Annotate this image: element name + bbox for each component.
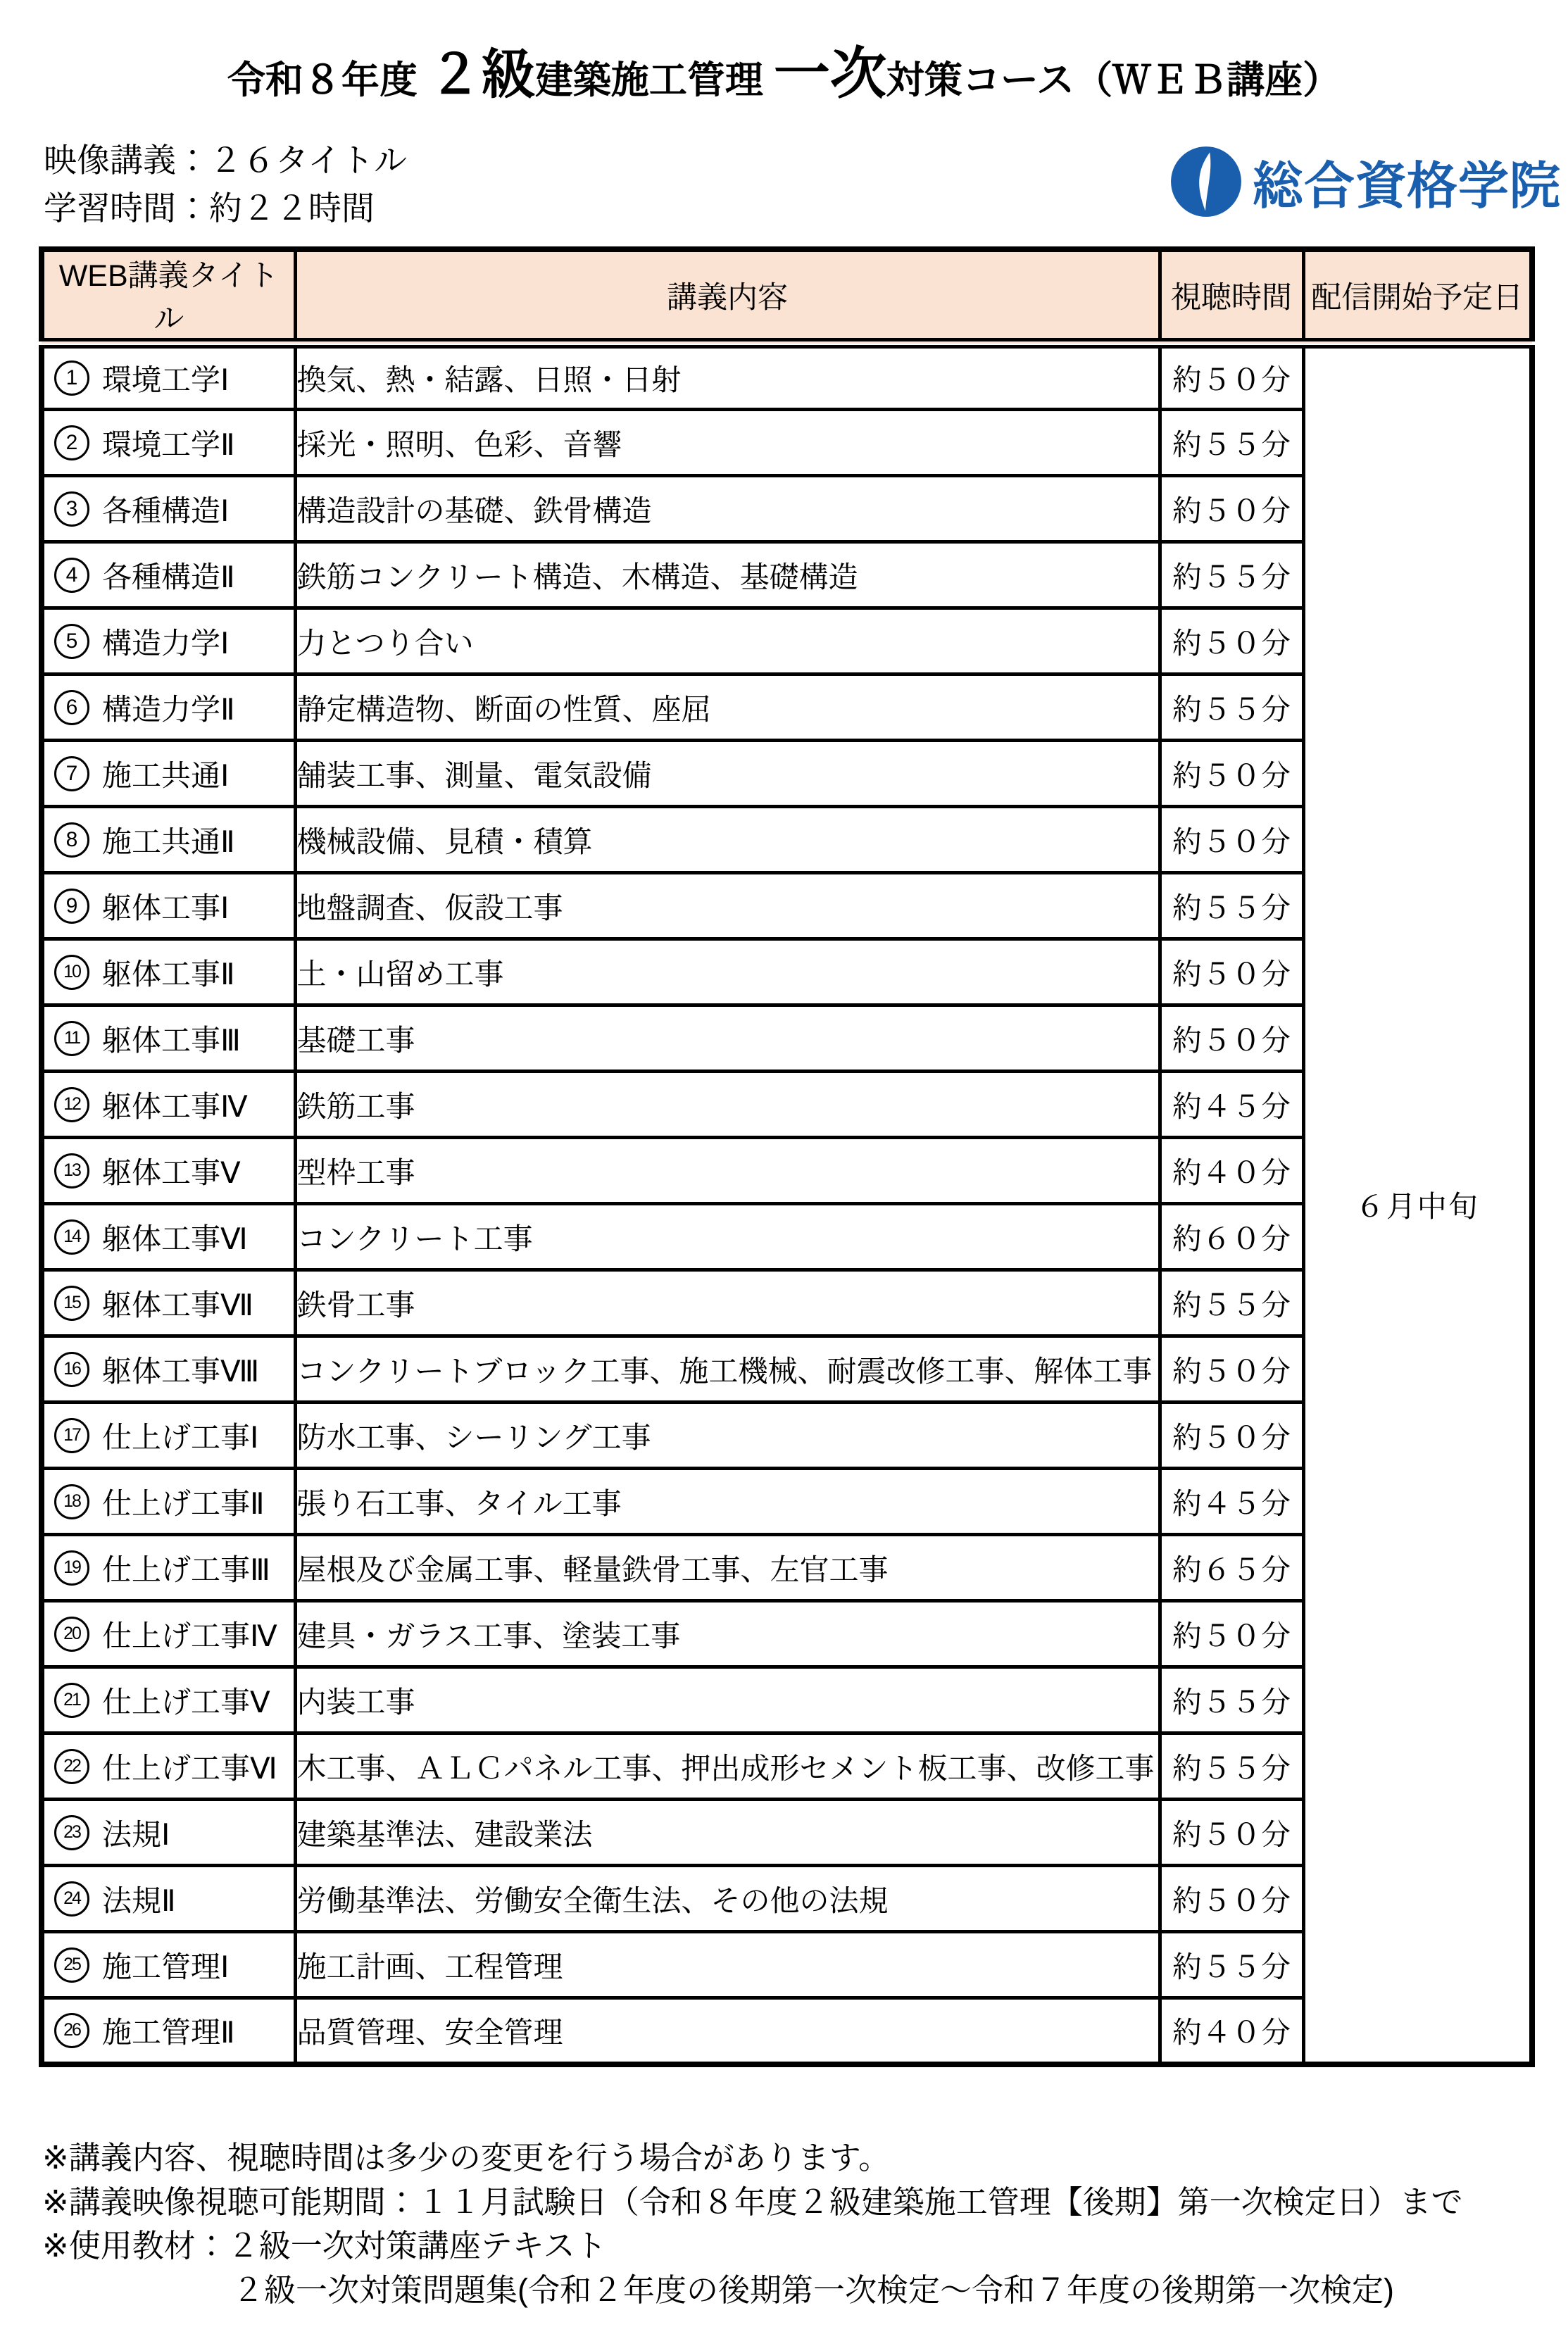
delivery-cell: ６月中旬: [1303, 344, 1532, 2064]
course-time: 約５０分: [1160, 1800, 1303, 1866]
course-time: 約４０分: [1160, 1138, 1303, 1204]
row-number-badge: 4: [54, 558, 89, 593]
course-info: 映像講義：２６タイトル 学習時間：約２２時間: [44, 137, 407, 232]
course-time: 約５５分: [1160, 1733, 1303, 1800]
course-content-text: 鉄筋工事: [297, 1090, 415, 1123]
row-number-badge: 14: [54, 1219, 89, 1255]
course-content-text: 型枠工事: [297, 1156, 415, 1189]
course-title: 法規Ⅰ: [102, 1812, 170, 1854]
course-content: 採光・照明、色彩、音響: [295, 410, 1160, 476]
row-number-badge: 1: [54, 360, 89, 396]
course-time-text: 約４０分: [1172, 2016, 1291, 2049]
course-title: 躯体工事Ⅱ: [102, 951, 235, 993]
course-title: 仕上げ工事Ⅴ: [102, 1679, 270, 1721]
row-number-badge: 21: [54, 1683, 89, 1718]
footnote-line: ※講義映像視聴可能期間：１１月試験日（令和８年度２級建築施工管理【後期】第一次検…: [42, 2181, 1549, 2225]
course-time-text: 約５５分: [1172, 693, 1291, 726]
course-content: コンクリート工事: [295, 1204, 1160, 1270]
course-title-cell: 4 各種構造Ⅱ: [42, 542, 295, 608]
course-time-text: 約５０分: [1172, 1619, 1291, 1652]
course-title: 構造力学Ⅱ: [102, 686, 235, 729]
course-title: 各種構造Ⅱ: [102, 554, 235, 596]
course-time: 約５５分: [1160, 1667, 1303, 1733]
course-time-text: 約５０分: [1172, 1421, 1291, 1454]
course-content-text: 鉄筋コンクリート構造、木構造、基礎構造: [297, 560, 858, 594]
table-header-row: WEB講義タイトル 講義内容 視聴時間 配信開始予定日: [42, 249, 1532, 344]
course-time: 約５５分: [1160, 1270, 1303, 1336]
page-title: 令和８年度 ２級 建築施工管理 一次 対策コース（ＷＥＢ講座）: [0, 28, 1568, 109]
course-time: 約５０分: [1160, 1601, 1303, 1667]
circle-swoosh-icon: [1169, 145, 1243, 218]
course-content-text: 地盤調査、仮設工事: [297, 891, 563, 924]
course-content: 力とつり合い: [295, 608, 1160, 675]
course-title-cell: 20 仕上げ工事Ⅳ: [42, 1601, 295, 1667]
course-content-text: コンクリートブロック工事、施工機械、耐震改修工事、解体工事: [297, 1355, 1153, 1388]
course-time: 約５５分: [1160, 873, 1303, 939]
course-title: 施工共通Ⅰ: [102, 753, 229, 795]
course-title: 各種構造Ⅰ: [102, 488, 229, 530]
video-count-line: 映像講義：２６タイトル: [44, 137, 407, 184]
course-content-text: 木工事、ＡＬＣパネル工事、押出成形セメント板工事、改修工事: [297, 1752, 1155, 1785]
course-content: 静定構造物、断面の性質、座屈: [295, 675, 1160, 741]
course-time: 約５０分: [1160, 741, 1303, 807]
course-title-cell: 12 躯体工事Ⅳ: [42, 1072, 295, 1138]
course-title: 仕上げ工事Ⅰ: [102, 1415, 258, 1457]
course-title: 躯体工事Ⅶ: [102, 1282, 253, 1324]
title-part-field: 建築施工管理: [535, 50, 774, 104]
course-title-cell: 16 躯体工事Ⅷ: [42, 1336, 295, 1403]
row-number-badge: 7: [54, 756, 89, 791]
row-number-badge: 23: [54, 1815, 89, 1850]
course-title: 仕上げ工事Ⅱ: [102, 1481, 265, 1523]
row-number-badge: 26: [54, 2013, 89, 2048]
course-time-text: 約５０分: [1172, 363, 1291, 396]
course-content: コンクリートブロック工事、施工機械、耐震改修工事、解体工事: [295, 1336, 1160, 1403]
course-content: 構造設計の基礎、鉄骨構造: [295, 476, 1160, 542]
course-time: 約５０分: [1160, 344, 1303, 410]
course-time: 約５０分: [1160, 939, 1303, 1005]
row-number-badge: 10: [54, 955, 89, 990]
row-number-badge: 22: [54, 1749, 89, 1784]
title-part-grade: ２級: [428, 32, 535, 108]
course-content-text: 内装工事: [297, 1686, 415, 1719]
course-title: 構造力学Ⅰ: [102, 620, 229, 663]
course-content: 地盤調査、仮設工事: [295, 873, 1160, 939]
brand-logo: 総合資格学院: [1169, 145, 1561, 218]
footnote-line: ※使用教材：２級一次対策講座テキスト: [42, 2224, 1549, 2269]
table-row: 1 環境工学Ⅰ 換気、熱・結露、日照・日射 約５０分 ６月中旬: [42, 344, 1532, 410]
course-time: 約５０分: [1160, 608, 1303, 675]
course-title-cell: 11 躯体工事Ⅲ: [42, 1005, 295, 1072]
course-time-text: 約５５分: [1172, 891, 1291, 924]
course-title: 躯体工事Ⅴ: [102, 1150, 241, 1192]
course-title-cell: 1 環境工学Ⅰ: [42, 344, 295, 410]
course-time-text: 約５５分: [1172, 1686, 1291, 1719]
course-content-text: 採光・照明、色彩、音響: [297, 428, 622, 461]
footnote-line: ２級一次対策問題集(令和２年度の後期第一次検定～令和７年度の後期第一次検定): [42, 2269, 1549, 2313]
course-time: 約５５分: [1160, 1932, 1303, 1998]
header-cell-time: 視聴時間: [1160, 249, 1303, 344]
course-time-text: 約５５分: [1172, 1752, 1291, 1785]
course-time-text: 約５０分: [1172, 1818, 1291, 1851]
course-title: 躯体工事Ⅲ: [102, 1017, 241, 1060]
title-part-year: 令和８年度: [227, 50, 428, 104]
course-content: 労働基準法、労働安全衛生法、その他の法規: [295, 1866, 1160, 1932]
course-content-text: 機械設備、見積・積算: [297, 825, 593, 858]
course-table-body: 1 環境工学Ⅰ 換気、熱・結露、日照・日射 約５０分 ６月中旬 2 環境工学Ⅱ …: [42, 344, 1532, 2064]
course-title-cell: 26 施工管理Ⅱ: [42, 1998, 295, 2064]
course-content-text: 張り石工事、タイル工事: [297, 1487, 622, 1520]
course-title: 躯体工事Ⅰ: [102, 885, 229, 927]
course-title-cell: 15 躯体工事Ⅶ: [42, 1270, 295, 1336]
course-content-text: コンクリート工事: [297, 1222, 533, 1255]
row-number-badge: 20: [54, 1617, 89, 1652]
course-time: 約４５分: [1160, 1469, 1303, 1535]
course-title: 躯体工事Ⅷ: [102, 1348, 259, 1391]
row-number-badge: 2: [54, 425, 89, 460]
course-title-cell: 23 法規Ⅰ: [42, 1800, 295, 1866]
row-number-badge: 5: [54, 624, 89, 659]
course-time: 約５０分: [1160, 476, 1303, 542]
course-content-text: 品質管理、安全管理: [297, 2016, 563, 2049]
footnotes: ※講義内容、視聴時間は多少の変更を行う場合があります。 ※講義映像視聴可能期間：…: [42, 2136, 1549, 2312]
course-title: 施工管理Ⅱ: [102, 2009, 235, 2052]
course-title-cell: 25 施工管理Ⅰ: [42, 1932, 295, 1998]
row-number-badge: 3: [54, 491, 89, 527]
row-number-badge: 15: [54, 1286, 89, 1321]
course-content: 鉄筋工事: [295, 1072, 1160, 1138]
course-time: 約５０分: [1160, 1403, 1303, 1469]
course-content-text: 施工計画、工程管理: [297, 1950, 563, 1983]
course-title: 施工共通Ⅱ: [102, 819, 235, 861]
course-content-text: 換気、熱・結露、日照・日射: [297, 363, 682, 396]
course-time-text: 約５０分: [1172, 627, 1291, 660]
course-title: 環境工学Ⅰ: [102, 357, 229, 399]
brand-logo-text: 総合資格学院: [1253, 145, 1561, 218]
course-title-cell: 21 仕上げ工事Ⅴ: [42, 1667, 295, 1733]
course-time-text: 約４５分: [1172, 1090, 1291, 1123]
course-time: 約４０分: [1160, 1998, 1303, 2064]
course-time: 約６５分: [1160, 1535, 1303, 1601]
course-content: 木工事、ＡＬＣパネル工事、押出成形セメント板工事、改修工事: [295, 1733, 1160, 1800]
course-time: 約５５分: [1160, 675, 1303, 741]
course-content: 型枠工事: [295, 1138, 1160, 1204]
course-content-text: 舗装工事、測量、電気設備: [297, 759, 652, 792]
course-content: 機械設備、見積・積算: [295, 807, 1160, 873]
row-number-badge: 9: [54, 889, 89, 924]
row-number-badge: 13: [54, 1153, 89, 1188]
course-time-text: 約５０分: [1172, 958, 1291, 991]
row-number-badge: 6: [54, 690, 89, 725]
row-number-badge: 24: [54, 1881, 89, 1917]
course-content: 換気、熱・結露、日照・日射: [295, 344, 1160, 410]
title-part-course: 対策コース（ＷＥＢ講座）: [886, 50, 1341, 104]
study-hours-line: 学習時間：約２２時間: [44, 184, 407, 232]
course-content: 建具・ガラス工事、塗装工事: [295, 1601, 1160, 1667]
row-number-badge: 16: [54, 1352, 89, 1387]
course-content-text: 防水工事、シーリング工事: [297, 1421, 651, 1454]
course-time: 約５５分: [1160, 410, 1303, 476]
course-content: 鉄骨工事: [295, 1270, 1160, 1336]
course-content-text: 屋根及び金属工事、軽量鉄骨工事、左官工事: [297, 1553, 889, 1586]
course-title: 仕上げ工事Ⅲ: [102, 1547, 270, 1589]
course-title-cell: 3 各種構造Ⅰ: [42, 476, 295, 542]
course-time-text: 約６５分: [1172, 1553, 1291, 1586]
header-cell-delivery: 配信開始予定日: [1303, 249, 1532, 344]
course-title-cell: 14 躯体工事Ⅵ: [42, 1204, 295, 1270]
course-content-text: 労働基準法、労働安全衛生法、その他の法規: [297, 1884, 889, 1917]
course-title: 環境工学Ⅱ: [102, 422, 235, 464]
course-content: 屋根及び金属工事、軽量鉄骨工事、左官工事: [295, 1535, 1160, 1601]
course-title-cell: 7 施工共通Ⅰ: [42, 741, 295, 807]
course-content: 施工計画、工程管理: [295, 1932, 1160, 1998]
course-time-text: 約５０分: [1172, 759, 1291, 792]
row-number-badge: 18: [54, 1484, 89, 1519]
course-time-text: 約６０分: [1172, 1222, 1291, 1255]
course-title: 法規Ⅱ: [102, 1878, 176, 1920]
title-part-ichiji: 一次: [774, 28, 886, 109]
course-content: 内装工事: [295, 1667, 1160, 1733]
course-time-text: 約５０分: [1172, 1355, 1291, 1388]
course-time: 約５０分: [1160, 807, 1303, 873]
course-time: 約６０分: [1160, 1204, 1303, 1270]
course-title-cell: 6 構造力学Ⅱ: [42, 675, 295, 741]
course-title: 仕上げ工事Ⅵ: [102, 1745, 277, 1788]
course-content-text: 土・山留め工事: [297, 958, 504, 991]
course-time-text: 約５０分: [1172, 494, 1291, 527]
course-title: 躯体工事Ⅵ: [102, 1216, 248, 1258]
course-time: 約５０分: [1160, 1005, 1303, 1072]
header-cell-title: WEB講義タイトル: [42, 249, 295, 344]
course-content-text: 基礎工事: [297, 1024, 415, 1057]
course-content-text: 建具・ガラス工事、塗装工事: [297, 1619, 681, 1652]
course-time: 約４５分: [1160, 1072, 1303, 1138]
row-number-badge: 12: [54, 1087, 89, 1122]
course-title-cell: 2 環境工学Ⅱ: [42, 410, 295, 476]
course-time-text: 約５５分: [1172, 428, 1291, 461]
course-title: 施工管理Ⅰ: [102, 1944, 229, 1986]
course-title-cell: 19 仕上げ工事Ⅲ: [42, 1535, 295, 1601]
course-content-text: 鉄骨工事: [297, 1288, 415, 1322]
course-title: 仕上げ工事Ⅳ: [102, 1613, 277, 1655]
course-time-text: 約５５分: [1172, 1288, 1291, 1322]
course-content-text: 建築基準法、建設業法: [297, 1818, 593, 1851]
course-time-text: 約４０分: [1172, 1156, 1291, 1189]
header-cell-content: 講義内容: [295, 249, 1160, 344]
course-time-text: 約５５分: [1172, 560, 1291, 594]
course-time-text: 約５０分: [1172, 1884, 1291, 1917]
course-content: 基礎工事: [295, 1005, 1160, 1072]
course-title-cell: 18 仕上げ工事Ⅱ: [42, 1469, 295, 1535]
course-content: 鉄筋コンクリート構造、木構造、基礎構造: [295, 542, 1160, 608]
course-title-cell: 17 仕上げ工事Ⅰ: [42, 1403, 295, 1469]
row-number-badge: 19: [54, 1550, 89, 1586]
row-number-badge: 8: [54, 822, 89, 858]
course-time: 約５０分: [1160, 1866, 1303, 1932]
course-content: 品質管理、安全管理: [295, 1998, 1160, 2064]
course-time: 約５０分: [1160, 1336, 1303, 1403]
course-content-text: 力とつり合い: [297, 627, 474, 660]
course-content: 建築基準法、建設業法: [295, 1800, 1160, 1866]
row-number-badge: 11: [54, 1021, 89, 1056]
footnote-line: ※講義内容、視聴時間は多少の変更を行う場合があります。: [42, 2136, 1549, 2181]
course-time-text: 約５５分: [1172, 1950, 1291, 1983]
course-title-cell: 13 躯体工事Ⅴ: [42, 1138, 295, 1204]
course-time-text: 約５０分: [1172, 825, 1291, 858]
course-title-cell: 9 躯体工事Ⅰ: [42, 873, 295, 939]
row-number-badge: 17: [54, 1418, 89, 1453]
row-number-badge: 25: [54, 1947, 89, 1983]
course-title-cell: 8 施工共通Ⅱ: [42, 807, 295, 873]
course-title-cell: 10 躯体工事Ⅱ: [42, 939, 295, 1005]
course-content-text: 構造設計の基礎、鉄骨構造: [297, 494, 652, 527]
course-table: WEB講義タイトル 講義内容 視聴時間 配信開始予定日 1 環境工学Ⅰ 換気、熱…: [39, 246, 1535, 2067]
course-title: 躯体工事Ⅳ: [102, 1084, 248, 1126]
course-content: 土・山留め工事: [295, 939, 1160, 1005]
course-content: 張り石工事、タイル工事: [295, 1469, 1160, 1535]
course-time-text: 約４５分: [1172, 1487, 1291, 1520]
course-content: 防水工事、シーリング工事: [295, 1403, 1160, 1469]
course-title-cell: 5 構造力学Ⅰ: [42, 608, 295, 675]
course-title-cell: 24 法規Ⅱ: [42, 1866, 295, 1932]
course-content: 舗装工事、測量、電気設備: [295, 741, 1160, 807]
course-title-cell: 22 仕上げ工事Ⅵ: [42, 1733, 295, 1800]
course-content-text: 静定構造物、断面の性質、座屈: [297, 693, 711, 726]
course-time: 約５５分: [1160, 542, 1303, 608]
course-time-text: 約５０分: [1172, 1024, 1291, 1057]
